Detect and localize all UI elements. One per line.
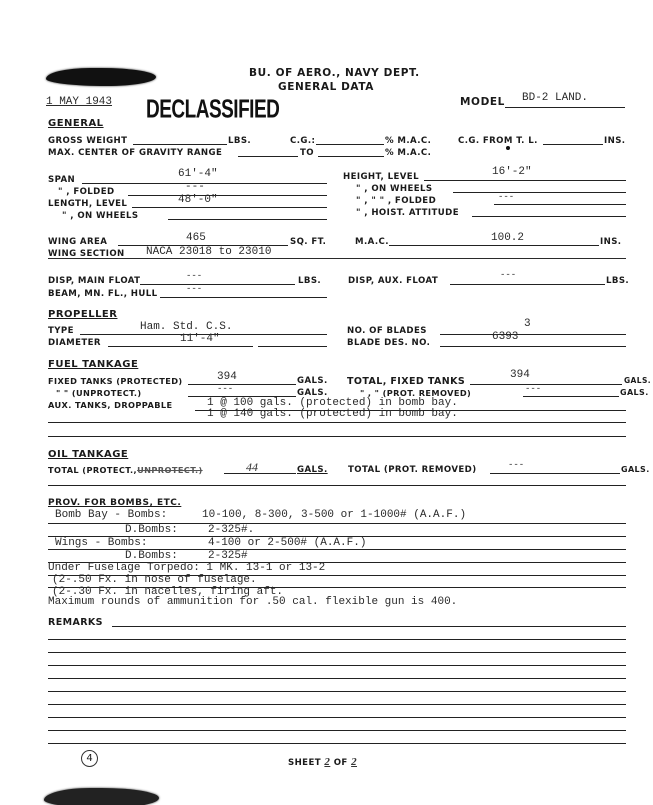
max-cg-range-field: [238, 156, 298, 157]
oil-total-protect-value: 44: [246, 460, 258, 475]
remarks-line: [48, 691, 626, 692]
form-title: GENERAL DATA: [278, 81, 374, 93]
mac-value: 100.2: [491, 232, 524, 244]
to-label: TO: [300, 148, 314, 158]
height-folded-label: " , " " , FOLDED: [356, 196, 436, 206]
fuel-unprotected-value: ---: [217, 384, 233, 394]
height-hoist-label: " , HOIST. ATTITUDE: [356, 208, 459, 218]
oil-total-protect-unit: GALS.: [297, 465, 328, 475]
remarks-line: [48, 717, 626, 718]
fuel-total-fixed-label: TOTAL, FIXED TANKS: [347, 376, 465, 387]
section-oil-title: OIL TANKAGE: [48, 449, 128, 460]
cg-label: C.G.:: [290, 136, 315, 146]
prop-blades-value: 3: [524, 318, 531, 330]
wing-section-value: NACA 23018 to 23010: [146, 246, 271, 258]
remarks-line: [112, 626, 626, 627]
bomb-bay-dbombs-value: 2-325#.: [208, 524, 254, 536]
fuel-aux-label: AUX. TANKS, DROPPABLE: [48, 400, 172, 410]
span-folded-value: ---: [185, 181, 205, 193]
gross-weight-unit: LBS.: [228, 136, 251, 146]
agency-title: BU. OF AERO., NAVY DEPT.: [249, 67, 420, 79]
ammo-line: Maximum rounds of ammunition for .50 cal…: [48, 596, 457, 608]
section-bombs-title: PROV. FOR BOMBS, ETC.: [48, 498, 181, 508]
wings-dbombs-value: 2-325#: [208, 550, 248, 562]
oil-total-removed-value: ---: [508, 460, 524, 470]
mac-label: M.A.C.: [355, 237, 389, 247]
remarks-line: [48, 704, 626, 705]
wings-bombs-label: Wings - Bombs:: [55, 537, 147, 549]
disp-aux-float-label: DISP, AUX. FLOAT: [348, 276, 438, 286]
bomb-bay-dbombs-label: D.Bombs:: [125, 524, 178, 536]
remarks-line: [48, 678, 626, 679]
disp-main-float-label: DISP, MAIN FLOAT: [48, 276, 140, 286]
span-folded-label: " , FOLDED: [58, 187, 115, 197]
remarks-line: [48, 639, 626, 640]
prop-blade-des-value: 6393: [492, 331, 518, 343]
sheet-indicator: SHEET 2 OF 2: [288, 756, 357, 768]
torpedo-line: Under Fuselage Torpedo: 1 MK. 13-1 or 13…: [48, 562, 325, 574]
section-propeller-title: PROPELLER: [48, 309, 117, 320]
cg-from-tl-label: C.G. FROM T. L.: [458, 136, 538, 146]
span-value: 61'-4": [178, 168, 218, 180]
cg-from-tl-field: [543, 144, 603, 145]
span-label: SPAN: [48, 175, 75, 185]
to-field: [318, 156, 384, 157]
remarks-label: REMARKS: [48, 617, 103, 628]
length-level-label: LENGTH, LEVEL: [48, 199, 127, 209]
oil-total-removed-unit: GALS.: [621, 465, 650, 474]
remarks-line: [48, 743, 626, 744]
to-unit: % M.A.C.: [385, 148, 431, 158]
sheet-of-label: OF: [334, 758, 348, 768]
fuel-fixed-protected-label: FIXED TANKS (PROTECTED): [48, 376, 183, 386]
gross-weight-label: GROSS WEIGHT: [48, 136, 127, 146]
length-level-value: 48'-0": [178, 194, 218, 206]
fuel-total-fixed-value: 394: [510, 369, 530, 381]
disp-aux-float-value: ---: [500, 270, 516, 280]
height-level-value: 16'-2": [492, 166, 532, 178]
model-value: BD-2 LAND.: [522, 92, 588, 104]
sheet-number: 2: [324, 756, 330, 768]
wings-bombs-value: 4-100 or 2-500# (A.A.F.): [208, 537, 366, 549]
prop-blades-label: NO. OF BLADES: [347, 326, 427, 336]
fuel-fixed-protected-unit: GALS.: [297, 376, 328, 386]
prop-blade-des-label: BLADE DES. NO.: [347, 338, 430, 348]
height-level-label: HEIGHT, LEVEL: [343, 172, 419, 182]
redaction-mark-bottom: [44, 788, 159, 805]
sheet-label: SHEET: [288, 758, 321, 768]
fuel-total-fixed-unit: GALS.: [624, 376, 651, 385]
declassified-stamp: DECLASSIFIED: [146, 96, 279, 126]
disp-aux-float-unit: LBS.: [606, 276, 629, 286]
fuel-aux-line-2: 1 @ 140 gals. (protected) in bomb bay.: [207, 408, 458, 420]
disp-main-float-unit: LBS.: [298, 276, 321, 286]
oil-total-protect-label: TOTAL (PROTECT.,UNPROTECT.): [48, 465, 203, 475]
section-general-title: GENERAL: [48, 118, 104, 129]
prop-diameter-value: 11'-4": [180, 333, 220, 345]
ink-dot: [506, 146, 510, 150]
guns-nose-line: (2-.50 Fx. in nose of fuselage.: [52, 574, 257, 586]
height-wheels-label: " , ON WHEELS: [356, 184, 433, 194]
height-folded-value: ---: [498, 192, 514, 202]
mac-unit: INS.: [600, 237, 621, 247]
wing-area-label: WING AREA: [48, 237, 107, 247]
beam-label: BEAM, MN. FL., HULL: [48, 289, 157, 299]
model-label: MODEL: [460, 96, 505, 108]
wings-dbombs-label: D.Bombs:: [125, 550, 178, 562]
cg-field: [316, 144, 384, 145]
fuel-unprotected-label: " " (UNPROTECT.): [56, 388, 142, 398]
fuel-prot-removed-value: ---: [525, 384, 541, 394]
remarks-line: [48, 665, 626, 666]
section-fuel-title: FUEL TANKAGE: [48, 359, 138, 370]
prop-type-value: Ham. Std. C.S.: [140, 321, 232, 333]
redaction-mark-top: [46, 68, 156, 86]
oil-total-protect-text: TOTAL (PROTECT.,: [48, 465, 137, 475]
document-date: 1 MAY 1943: [46, 96, 112, 108]
prop-type-label: TYPE: [48, 326, 74, 336]
bomb-bay-label: Bomb Bay - Bombs:: [55, 509, 167, 521]
remarks-line: [48, 730, 626, 731]
oil-struck-text: UNPROTECT.): [137, 465, 203, 475]
length-wheels-label: " , ON WHEELS: [62, 211, 139, 221]
circled-page-number: 4: [81, 750, 98, 767]
wing-area-value: 465: [186, 232, 206, 244]
cg-unit: % M.A.C.: [385, 136, 431, 146]
oil-total-removed-label: TOTAL (PROT. REMOVED): [348, 465, 477, 475]
max-cg-range-label: MAX. CENTER OF GRAVITY RANGE: [48, 148, 222, 158]
disp-main-float-value: ---: [186, 271, 202, 281]
prop-diameter-label: DIAMETER: [48, 338, 101, 348]
fuel-prot-removed-unit: GALS.: [620, 388, 649, 397]
bomb-bay-value: 10-100, 8-300, 3-500 or 1-1000# (A.A.F.): [202, 509, 466, 521]
beam-value: ---: [186, 284, 202, 294]
fuel-fixed-protected-value: 394: [217, 371, 237, 383]
cg-from-tl-unit: INS.: [604, 136, 625, 146]
remarks-line: [48, 652, 626, 653]
wing-area-unit: SQ. FT.: [290, 237, 326, 247]
sheet-total: 2: [351, 756, 357, 768]
gross-weight-field: [133, 144, 227, 145]
